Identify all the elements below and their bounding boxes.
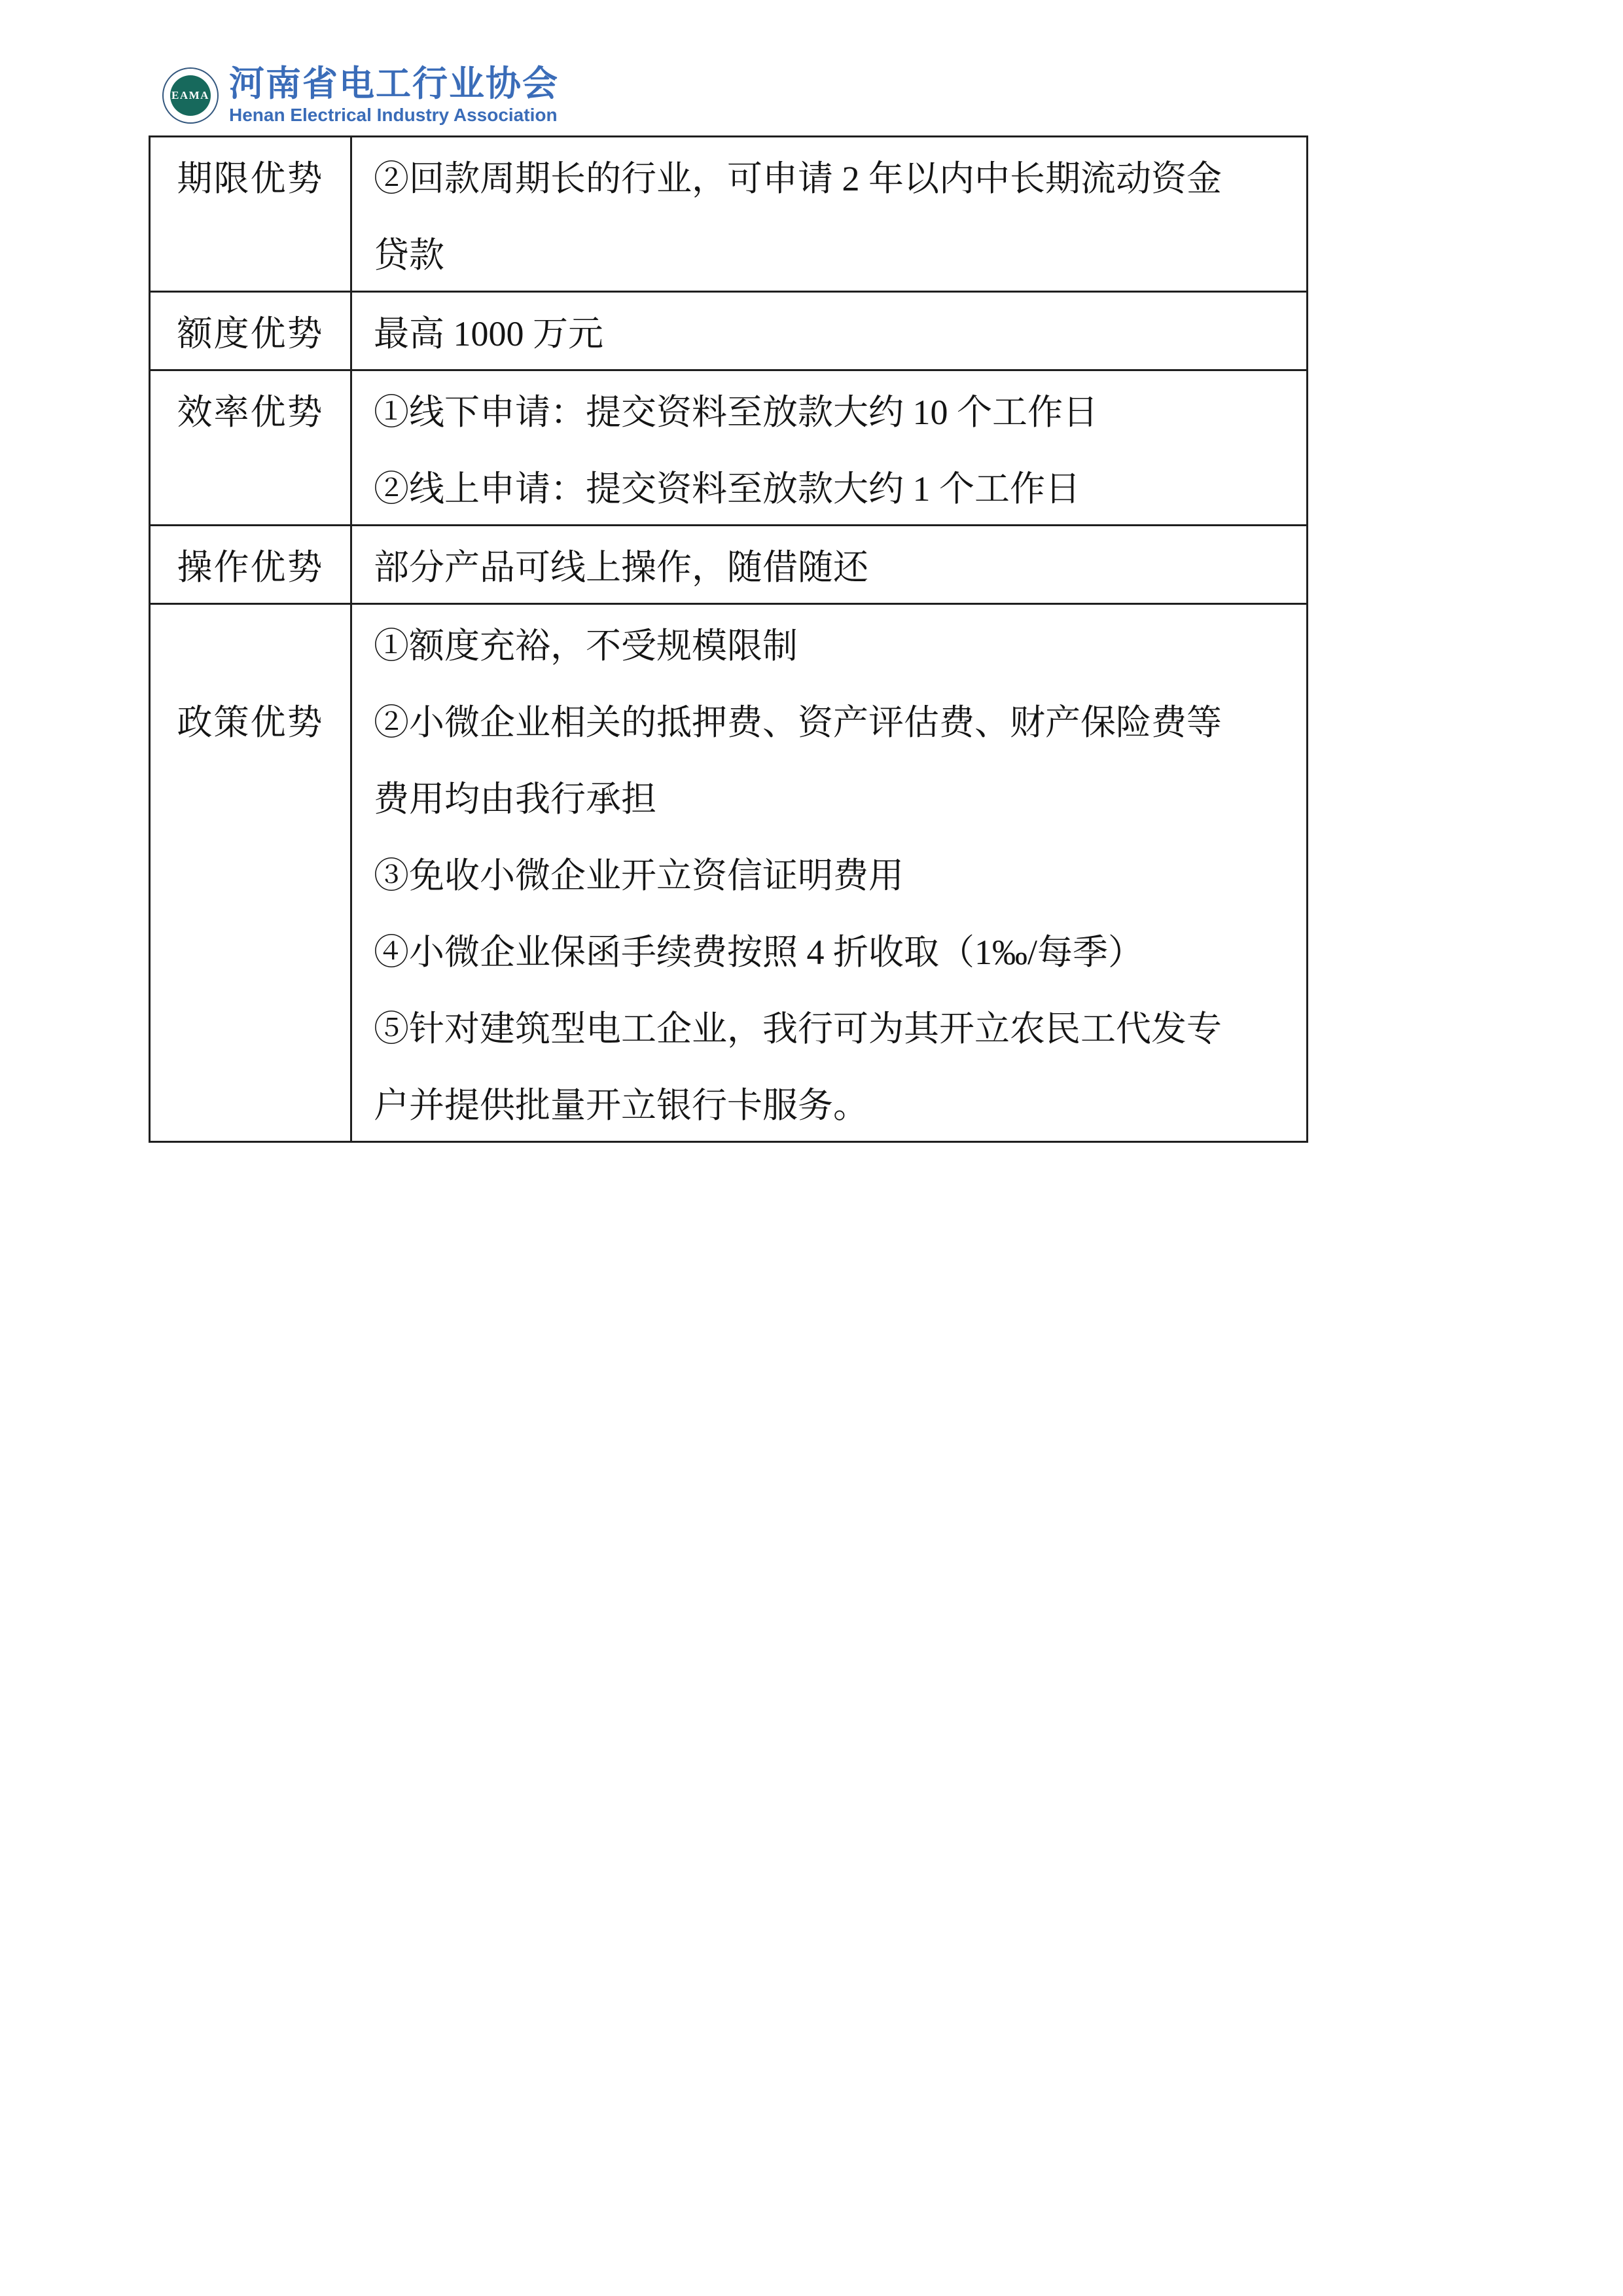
row-label: 政策优势 bbox=[151, 681, 350, 758]
table-cell-line: ①额度充裕，不受规模限制 bbox=[374, 605, 1301, 681]
row-label: 额度优势 bbox=[151, 293, 350, 369]
document-page: EAMA 河南省电工行业协会 Henan Electrical Industry… bbox=[0, 0, 1623, 2296]
eama-logo-abbr: EAMA bbox=[171, 89, 209, 102]
table-cell-line: ②小微企业相关的抵押费、资产评估费、财产保险费等 bbox=[374, 681, 1301, 758]
table-cell-line: ②回款周期长的行业，可申请 2 年以内中长期流动资金 bbox=[374, 137, 1301, 214]
table-cell-line: ⑤针对建筑型电工企业，我行可为其开立农民工代发专 bbox=[374, 988, 1301, 1064]
row-content-cell: ①线下申请：提交资料至放款大约 10 个工作日 ②线上申请：提交资料至放款大约 … bbox=[352, 371, 1306, 524]
row-label-cell: 额度优势 bbox=[151, 293, 352, 369]
table-cell-line: 费用均由我行承担 bbox=[374, 758, 1301, 834]
row-label-cell: 期限优势 bbox=[151, 137, 352, 291]
row-content-cell: 最高 1000 万元 bbox=[352, 293, 1306, 369]
row-label: 操作优势 bbox=[151, 526, 350, 603]
table-row-operation-advantage: 操作优势 部分产品可线上操作，随借随还 bbox=[151, 524, 1306, 603]
table-cell-line: 最高 1000 万元 bbox=[374, 293, 1301, 369]
row-label-cell: 操作优势 bbox=[151, 526, 352, 603]
advantages-table: 期限优势 ②回款周期长的行业，可申请 2 年以内中长期流动资金 贷款 额度优势 … bbox=[149, 135, 1308, 1143]
eama-logo-icon: EAMA bbox=[162, 67, 219, 124]
eama-logo-disc: EAMA bbox=[170, 75, 211, 116]
row-label-cell: 效率优势 bbox=[151, 371, 352, 524]
table-cell-line: 部分产品可线上操作，随借随还 bbox=[374, 526, 1301, 603]
table-cell-line: 户并提供批量开立银行卡服务。 bbox=[374, 1064, 1301, 1141]
table-cell-line: 贷款 bbox=[374, 214, 1301, 291]
row-label: 效率优势 bbox=[151, 371, 350, 448]
table-row-term-advantage: 期限优势 ②回款周期长的行业，可申请 2 年以内中长期流动资金 贷款 bbox=[151, 137, 1306, 291]
association-header: EAMA 河南省电工行业协会 Henan Electrical Industry… bbox=[162, 65, 559, 126]
row-label: 期限优势 bbox=[151, 137, 350, 214]
table-cell-line: ②线上申请：提交资料至放款大约 1 个工作日 bbox=[374, 448, 1301, 524]
row-content-cell: ①额度充裕，不受规模限制 ②小微企业相关的抵押费、资产评估费、财产保险费等 费用… bbox=[352, 605, 1306, 1141]
association-brand-block: 河南省电工行业协会 Henan Electrical Industry Asso… bbox=[229, 65, 559, 126]
table-cell-line: ①线下申请：提交资料至放款大约 10 个工作日 bbox=[374, 371, 1301, 448]
table-cell-line: ③免收小微企业开立资信证明费用 bbox=[374, 834, 1301, 911]
association-title-en: Henan Electrical Industry Association bbox=[229, 105, 559, 126]
association-title-cn: 河南省电工行业协会 bbox=[229, 65, 559, 103]
table-row-amount-advantage: 额度优势 最高 1000 万元 bbox=[151, 291, 1306, 369]
table-row-policy-advantage: 政策优势 ①额度充裕，不受规模限制 ②小微企业相关的抵押费、资产评估费、财产保险… bbox=[151, 603, 1306, 1141]
table-row-efficiency-advantage: 效率优势 ①线下申请：提交资料至放款大约 10 个工作日 ②线上申请：提交资料至… bbox=[151, 369, 1306, 524]
row-content-cell: ②回款周期长的行业，可申请 2 年以内中长期流动资金 贷款 bbox=[352, 137, 1306, 291]
row-content-cell: 部分产品可线上操作，随借随还 bbox=[352, 526, 1306, 603]
table-cell-line: ④小微企业保函手续费按照 4 折收取（1‰/每季） bbox=[374, 911, 1301, 988]
row-label-cell: 政策优势 bbox=[151, 605, 352, 1141]
